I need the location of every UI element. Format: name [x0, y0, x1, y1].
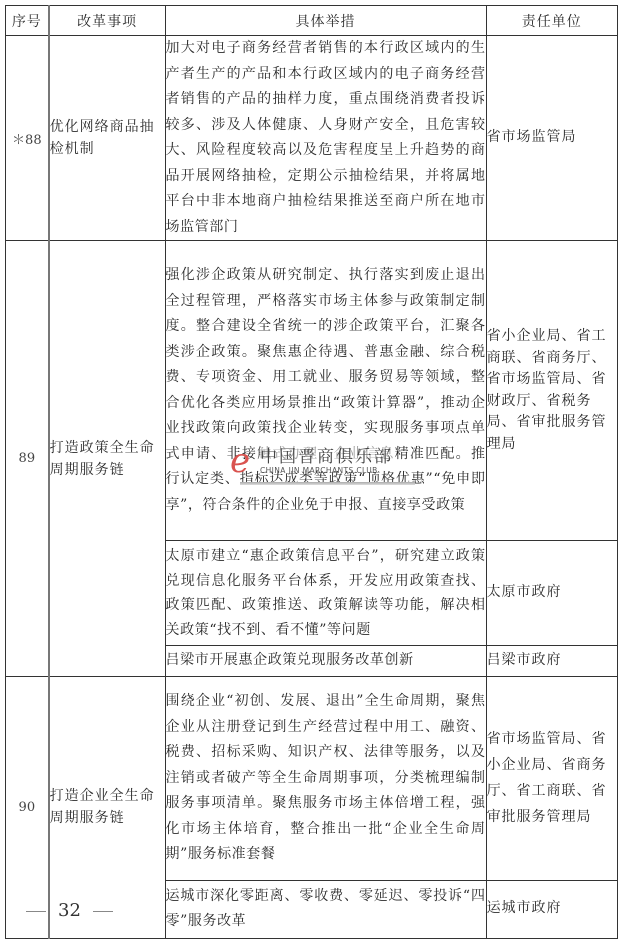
header-responsible-unit: 责任单位 [486, 6, 617, 36]
measure-text: 围绕企业“初创、发展、退出”全生命周期，聚焦企业从注册登记到生产经营过程中用工、… [165, 677, 486, 881]
measure-text: 吕梁市开展惠企政策兑现服务改革创新 [165, 646, 486, 677]
dash-right [93, 911, 113, 912]
header-serial-number: 序号 [6, 6, 49, 36]
table-header-row: 序号 改革事项 具体举措 责任单位 [6, 6, 618, 36]
reform-item: 优化网络商品抽检机制 [49, 36, 165, 241]
header-reform-item: 改革事项 [49, 6, 165, 36]
responsible-unit: 省市场监管局、省小企业局、省商务厅、省工商联、省审批服务管理局 [486, 677, 617, 881]
measure-text: 加大对电子商务经营者销售的本行政区域内的生产者生产的产品和本行政区域内的电子商务… [165, 36, 486, 241]
page-number: 32 [58, 900, 81, 921]
page-footer: 32 [14, 900, 125, 921]
reform-measures-table: 序号 改革事项 具体举措 责任单位 ＊88 优化网络商品抽检机制 加大对电子商务… [5, 5, 618, 939]
measure-text: 强化涉企政策从研究制定、执行落实到废止退出全过程管理，严格落实市场主体参与政策制… [165, 241, 486, 541]
dash-left [26, 911, 46, 912]
responsible-unit: 运城市政府 [486, 880, 617, 938]
reform-item: 打造企业全生命周期服务链 [49, 677, 165, 939]
responsible-unit: 吕梁市政府 [486, 646, 617, 677]
table-row-90: 90 打造企业全生命周期服务链 围绕企业“初创、发展、退出”全生命周期，聚焦企业… [6, 677, 618, 881]
responsible-unit: 省小企业局、省工商联、省商务厅、省市场监管局、省财政厅、省税务局、省审批服务管理… [486, 241, 617, 541]
measure-text: 太原市建立“惠企政策信息平台”，研究建立政策兑现信息化服务平台体系，开发应用政策… [165, 541, 486, 646]
reform-item: 打造政策全生命周期服务链 [49, 241, 165, 677]
row-number: 90 [6, 677, 49, 939]
responsible-unit: 省市场监管局 [486, 36, 617, 241]
table-row-88: ＊88 优化网络商品抽检机制 加大对电子商务经营者销售的本行政区域内的生产者生产… [6, 36, 618, 241]
table-row-89: 89 打造政策全生命周期服务链 强化涉企政策从研究制定、执行落实到废止退出全过程… [6, 241, 618, 541]
header-specific-measures: 具体举措 [165, 6, 486, 36]
measure-text: 运城市深化零距离、零收费、零延迟、零投诉“四零”服务改革 [165, 880, 486, 938]
row-number: ＊88 [6, 36, 49, 241]
responsible-unit: 太原市政府 [486, 541, 617, 646]
row-number: 89 [6, 241, 49, 677]
